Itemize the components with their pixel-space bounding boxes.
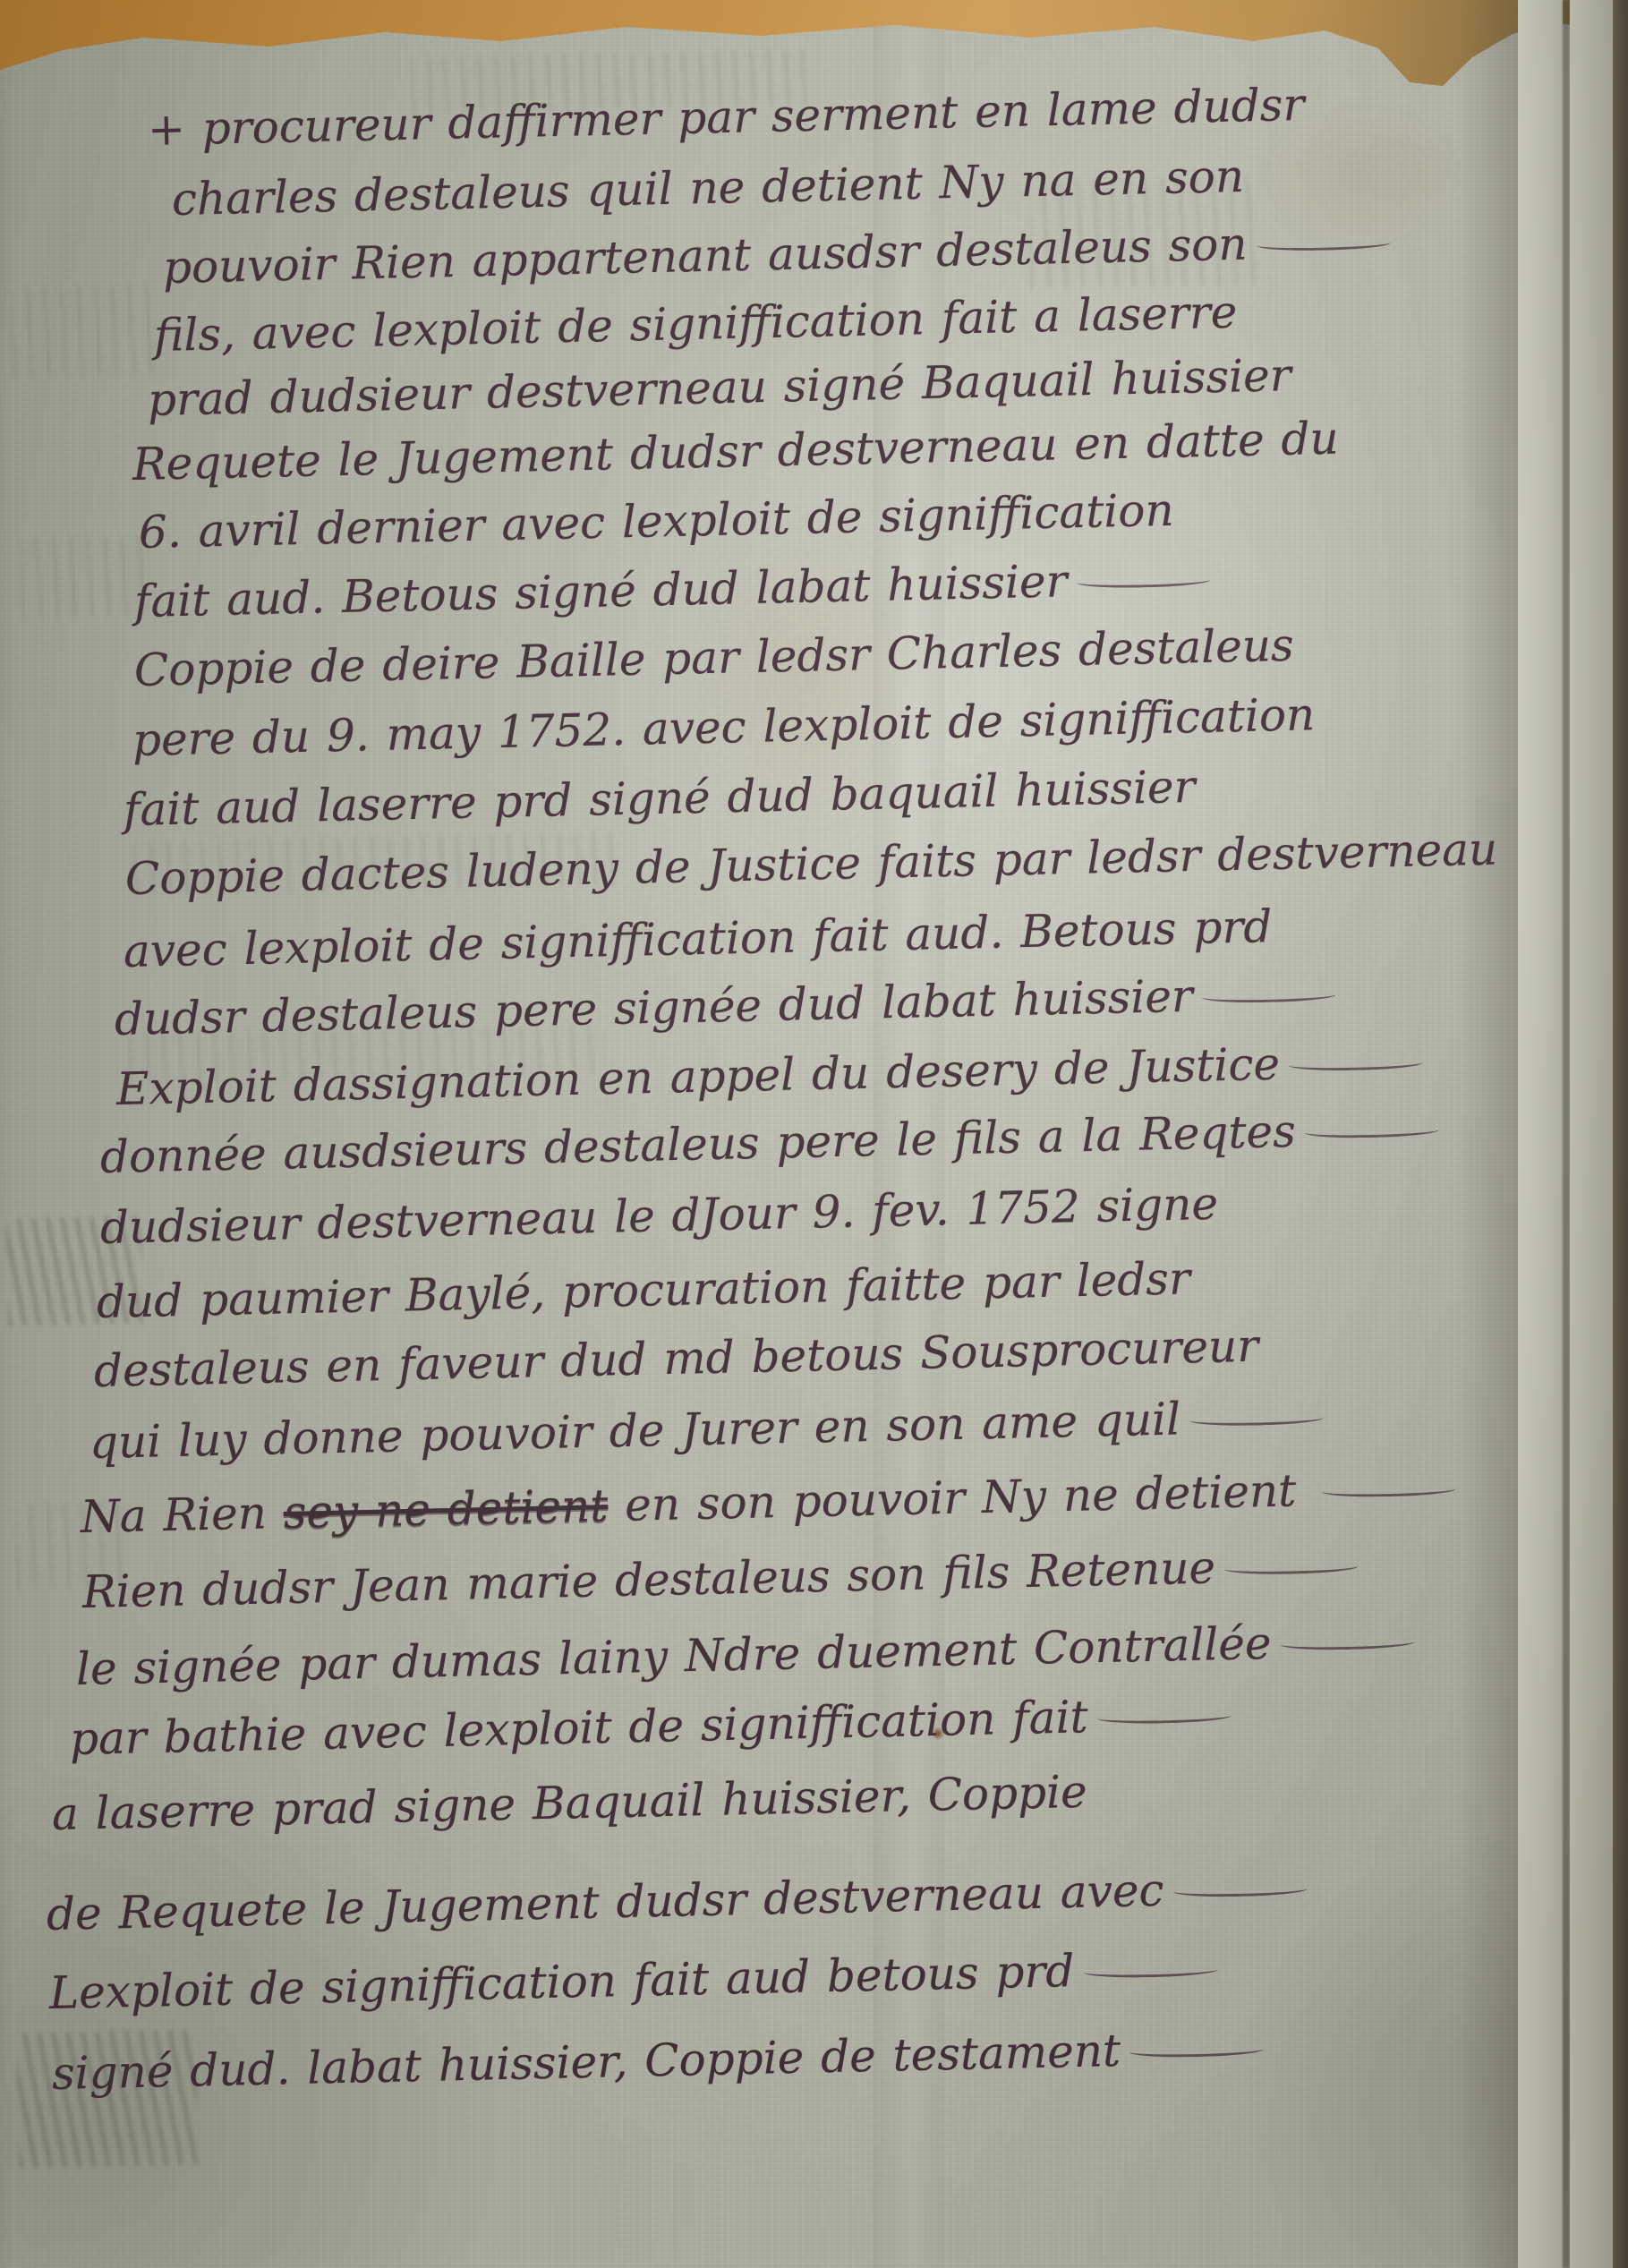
manuscript-line: fait aud laserre prd signé dud baquail h…: [123, 763, 1196, 835]
manuscript-line: avec lexploit de signiffication fait aud…: [123, 902, 1272, 976]
manuscript-line: de Requete le Jugement dudsr destverneau…: [46, 1863, 1308, 1940]
manuscript-line: par bathie avec lexploit de signifficati…: [69, 1690, 1232, 1764]
manuscript-line: donnée ausdsieurs destaleus pere le fils…: [99, 1104, 1439, 1182]
struck-text: sey ne detient: [283, 1479, 609, 1539]
line-text: Na Rien: [80, 1487, 284, 1543]
line-text: en son pouvoir Ny ne detient: [608, 1464, 1297, 1531]
manuscript-line: dudsieur destverneau le dJour 9. fev. 17…: [99, 1180, 1218, 1253]
manuscript-line: + procureur daffirmer par serment en lam…: [147, 81, 1304, 155]
manuscript-line: 6. avril dernier avec lexploit de signif…: [138, 486, 1174, 558]
page-fold-shadow: [1459, 0, 1518, 2268]
manuscript-line: dudsr destaleus pere signée dud labat hu…: [114, 968, 1336, 1044]
manuscript-line: prad dudsieur destverneau signé Baquail …: [147, 351, 1291, 425]
page-fold-edge: [1518, 0, 1563, 2268]
manuscript-line: Requete le Jugement dudsr destverneau en…: [132, 414, 1339, 490]
manuscript-line: Rien dudsr Jean marie destaleus son fils…: [81, 1540, 1359, 1617]
manuscript-page: + procureur daffirmer par serment en lam…: [0, 0, 1613, 2268]
next-page-edge: [1570, 0, 1613, 2268]
manuscript-line-corrected: Na Rien sey ne detient en son pouvoir Ny…: [80, 1462, 1456, 1542]
ink-bleed-through: [21, 536, 148, 619]
table-edge: [1612, 0, 1628, 2268]
manuscript-line: le signée par dumas lainy Ndre duement C…: [75, 1616, 1415, 1694]
manuscript-line: Lexploit de signiffication fait aud beto…: [48, 1944, 1217, 2018]
ink-bleed-through: [12, 285, 157, 377]
manuscript-line: destaleus en faveur dud md betous Souspr…: [93, 1322, 1258, 1396]
manuscript-line: fils, avec lexploit de signiffication fa…: [153, 288, 1237, 361]
manuscript-line: dud paumier Baylé, procuration faitte pa…: [96, 1254, 1190, 1327]
manuscript-line: signé dud. labat huissier, Coppie de tes…: [51, 2023, 1264, 2099]
manuscript-line: qui luy donne pouvoir de Jurer en son am…: [89, 1392, 1324, 1468]
manuscript-photo: + procureur daffirmer par serment en lam…: [0, 0, 1628, 2268]
page-gap: [1563, 0, 1570, 2268]
manuscript-line: fait aud. Betous signé dud labat huissie…: [133, 554, 1211, 627]
